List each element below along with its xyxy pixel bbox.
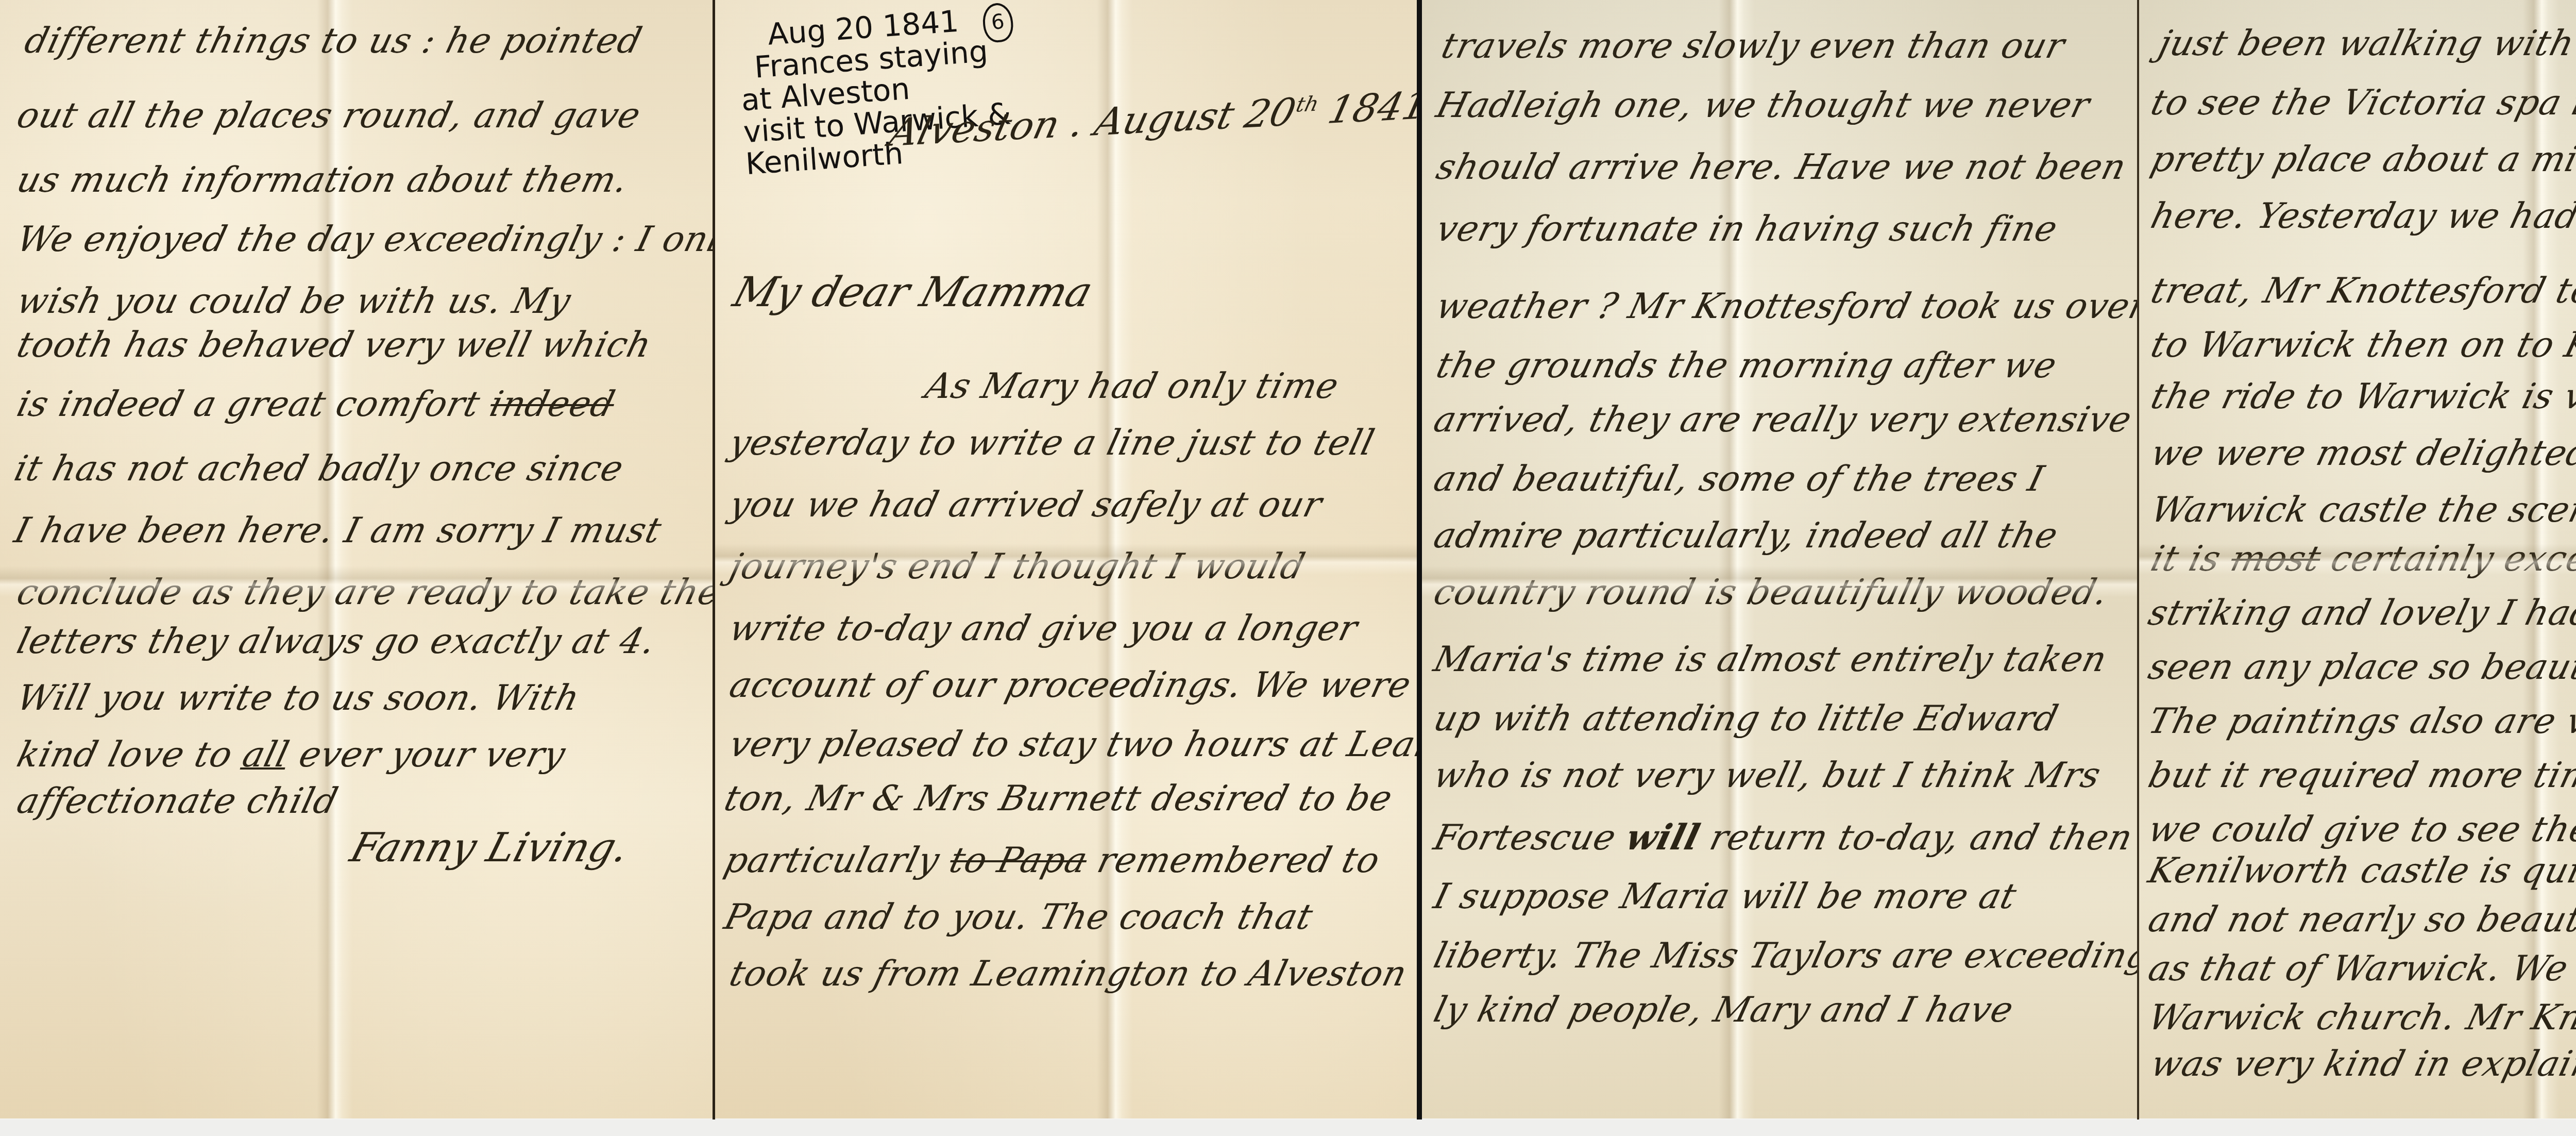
line-text-after: certainly exceedingly [2327,539,2576,579]
scan-bottom-margin [0,1120,2576,1136]
letter-line: it is most certainly exceedingly [2147,539,2576,579]
letter-date: August 20 [1091,90,1300,145]
letter-line: wish you could be with us. My [13,281,575,322]
letter-line: Warwick church. Mr Knottesford [2144,997,2576,1038]
letter-year: 1841 [1324,83,1417,132]
line-text-after: return to-day, and then [1706,817,2137,858]
letter-line: Kenilworth castle is quite a ruin [2144,850,2576,891]
letter-line: kind love to all ever your very [13,734,570,775]
signature: Fanny Living. [345,825,634,871]
letter-line: you we had arrived safely at our [725,485,1326,525]
letter-line: treat, Mr Knottesford took us first [2147,271,2576,311]
line-text: it is [2147,539,2225,579]
letter-line: Fortescue will return to-day, and then [1430,817,2137,858]
letter-line: we could give to see them : as I liked [2144,809,2576,850]
letter-line: to Warwick then on to Kenilworth [2147,325,2576,365]
letter-line: arrived, they are really very extensive [1430,399,2136,440]
letter-line: different things to us : he pointed [21,21,646,61]
letter-line: journey's end I thought I would [725,546,1309,587]
letter-line: but it required more time than [2144,755,2576,796]
letter-page-1: different things to us : he pointed out … [0,0,713,1118]
letter-line: is indeed a great comfort indeed [13,384,619,425]
letter-line: the ride to Warwick is very pretty indee… [2147,376,2576,417]
letter-line: very pleased to stay two hours at Leamin… [725,724,1417,765]
letter-line: country round is beautifully wooded. [1430,572,2112,613]
letter-line: to see the Victoria spa it is a very [2147,82,2576,123]
letter-line: out all the places round, and gave [13,95,645,136]
letter-line: Papa and to you. The coach that [720,897,1317,938]
line-text: we could give to see them : as [2144,809,2576,850]
line-text-after: ever your very [295,734,570,775]
letter-line: yesterday to write a line just to tell [725,423,1379,463]
letter-line: write to-day and give you a longer [725,608,1362,649]
struck-word: indeed [486,384,619,425]
letter-line: Maria's time is almost entirely taken [1430,639,2111,680]
letter-line: account of our proceedings. We were [725,665,1415,706]
letter-line: admire particularly, indeed all the [1430,515,2062,556]
letter-line: striking and lovely I had never [2144,593,2576,633]
letter-line: tooth has behaved very well which [13,325,656,365]
letter-line: and not nearly so beautifully situated [2144,899,2576,940]
letter-line: the grounds the morning after we [1432,345,2061,386]
letter-line: weather ? Mr Knottesford took us over [1432,286,2137,327]
letter-line: and beautiful, some of the trees I [1430,459,2048,499]
letter-page-3: travels more slowly even than our Hadlei… [1422,0,2137,1118]
letter-line: I suppose Maria will be more at [1430,876,2021,917]
struck-word: most [2227,539,2325,579]
line-text: particularly [720,840,944,881]
letter-line: particularly to Papa remembered to [720,840,1384,881]
line-text: kind love to [13,734,237,775]
letter-line: ly kind people, Mary and I have [1430,990,2018,1030]
underlined-word: all [239,734,294,775]
letter-line: ton, Mr & Mrs Burnett desired to be [720,778,1397,819]
letter-line: letters they always go exactly at 4. [13,621,660,662]
letter-line: us much information about them. [13,160,633,201]
letter-line: We enjoyed the day exceedingly : I only [13,219,713,260]
sheet-gutter [1417,0,1422,1120]
letter-line: as that of Warwick. We went also to [2144,948,2576,989]
letter-line: it has not ached badly once since [10,448,628,489]
letter-line: Hadleigh one, we thought we never [1432,85,2094,126]
letter-salutation: My dear Mamma [728,268,1098,316]
overwritten-word: will [1622,817,1704,858]
letter-line: pretty place about a mile from [2147,139,2576,180]
letter-page-2: Aug 20 1841 Frances staying at Alveston … [715,0,1417,1118]
letter-line: here. Yesterday we had a very great [2147,196,2576,237]
letter-place: Alveston [885,102,1064,155]
letter-line: As Mary had only time [715,366,1343,407]
letter-spread: different things to us : he pointed out … [0,0,2576,1136]
letter-line: Will you write to us soon. With [13,678,584,719]
letter-line: The paintings also are very fine [2144,701,2576,742]
letter-line: we were most delighted with [2147,433,2576,474]
letter-line: liberty. The Miss Taylors are exceeding- [1430,935,2137,976]
letter-page-4: just been walking with Miss Taylor to se… [2139,0,2576,1118]
letter-line: who is not very well, but I think Mrs [1430,755,2105,796]
archive-annotation: Aug 20 1841 Frances staying at Alveston … [736,2,1014,180]
letter-line: conclude as they are ready to take the [13,572,713,613]
letter-line: I have been here. I am sorry I must [10,510,666,551]
struck-words: to Papa [945,840,1092,881]
line-text: is indeed a great comfort [13,384,484,425]
letter-line: just been walking with Miss Taylor [2155,23,2576,64]
line-text-after: remembered to [1093,840,1384,881]
line-text: Fortescue [1430,817,1620,858]
letter-line: Warwick castle the scenery round [2147,490,2576,530]
letter-line: seen any place so beautiful before. [2144,647,2576,688]
letter-line: was very kind in explaining the [2147,1044,2576,1084]
letter-line: travels more slowly even than our [1437,26,2069,66]
letter-line: affectionate child [13,781,342,822]
letter-line: should arrive here. Have we not been [1432,147,2130,188]
letter-line: very fortunate in having such fine [1432,209,2062,249]
letter-line: up with attending to little Edward [1430,698,2062,739]
letter-line: took us from Leamington to Alveston [725,954,1411,994]
